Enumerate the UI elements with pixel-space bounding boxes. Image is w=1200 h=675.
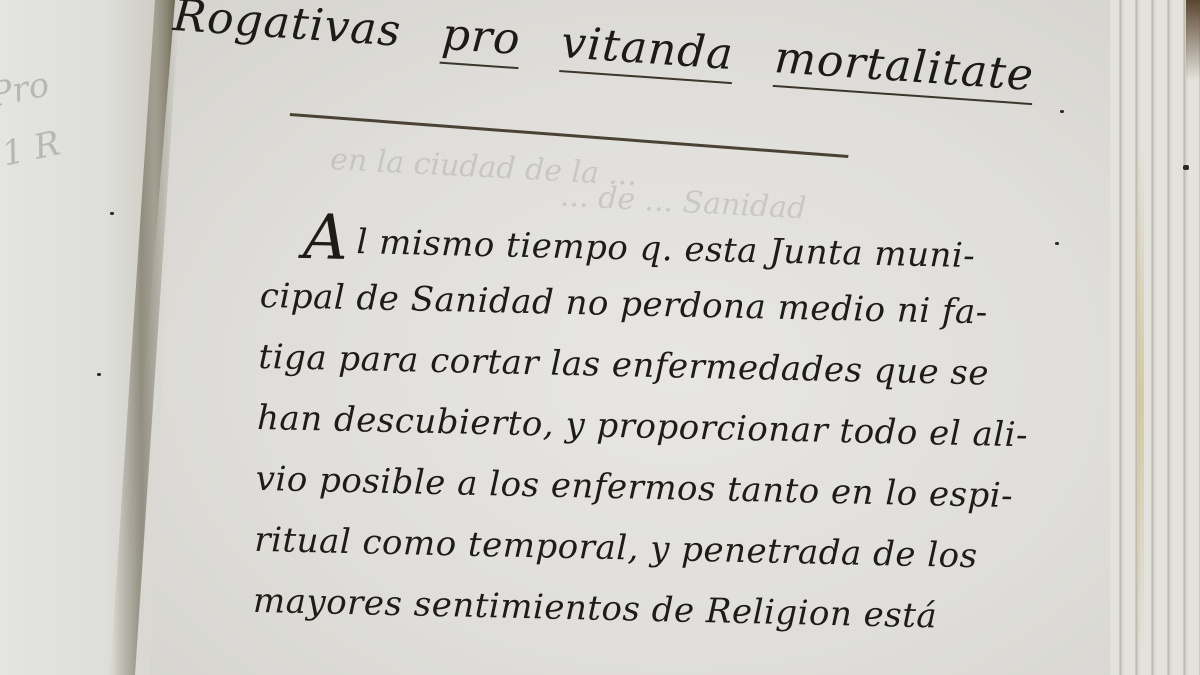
- ink-speck: [1060, 110, 1064, 113]
- ink-speck: [1055, 242, 1059, 245]
- heading-word: vitanda: [559, 17, 735, 84]
- ink-speck: [1183, 165, 1189, 170]
- manuscript-body: Al mismo tiempo q. esta Junta muni- cipa…: [252, 205, 1021, 649]
- ink-speck: [110, 212, 114, 215]
- ink-speck: [97, 373, 101, 376]
- left-page-faint-marks: Pro 1 R: [0, 48, 122, 301]
- heading-word: pro: [440, 9, 522, 69]
- heading-word: Rogativas: [171, 0, 402, 57]
- stacked-page-edges: [1110, 0, 1200, 675]
- drop-cap: A: [302, 200, 349, 274]
